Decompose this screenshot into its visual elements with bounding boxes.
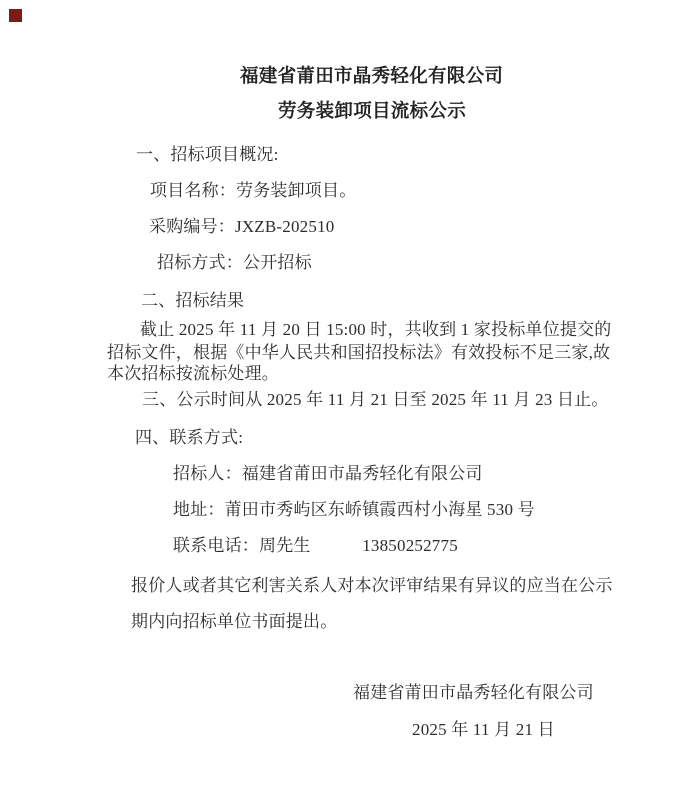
doc-title-company: 福建省莆田市晶秀轻化有限公司: [240, 66, 503, 89]
red-square-marker: [9, 9, 22, 22]
signature-company: 福建省莆田市晶秀轻化有限公司: [353, 682, 594, 703]
phone-line: 联系电话：周先生 13850252775: [173, 535, 458, 556]
section2-heading: 二、招标结果: [141, 290, 244, 311]
bid-method-line: 招标方式：公开招标: [157, 252, 312, 273]
notice-document-page: 福建省莆田市晶秀轻化有限公司 劳务装卸项目流标公示 一、招标项目概况: 项目名称…: [0, 0, 700, 808]
bidder-line: 招标人：福建省莆田市晶秀轻化有限公司: [173, 463, 483, 484]
signature-date: 2025 年 11 月 21 日: [412, 719, 555, 740]
doc-title-notice: 劳务装卸项目流标公示: [278, 101, 466, 124]
result-paragraph-line3: 本次招标按流标处理。: [107, 363, 279, 384]
purchase-number-line: 采购编号：JXZB-202510: [149, 216, 334, 237]
address-line: 地址：莆田市秀屿区东峤镇霞西村小海星 530 号: [173, 499, 535, 520]
project-name-line: 项目名称：劳务装卸项目。: [150, 180, 356, 201]
section4-heading: 四、联系方式:: [135, 427, 243, 448]
objection-line2: 期内向招标单位书面提出。: [131, 611, 337, 632]
objection-line1: 报价人或者其它利害关系人对本次评审结果有异议的应当在公示: [131, 575, 613, 596]
result-paragraph-line2: 招标文件，根据《中华人民共和国招投标法》有效投标不足三家,故: [107, 342, 610, 363]
result-paragraph-line1: 截止 2025 年 11 月 20 日 15:00 时，共收到 1 家投标单位提…: [140, 319, 612, 340]
section1-heading: 一、招标项目概况:: [136, 144, 279, 165]
section3-publicity-period: 三、公示时间从 2025 年 11 月 21 日至 2025 年 11 月 23…: [142, 389, 609, 410]
